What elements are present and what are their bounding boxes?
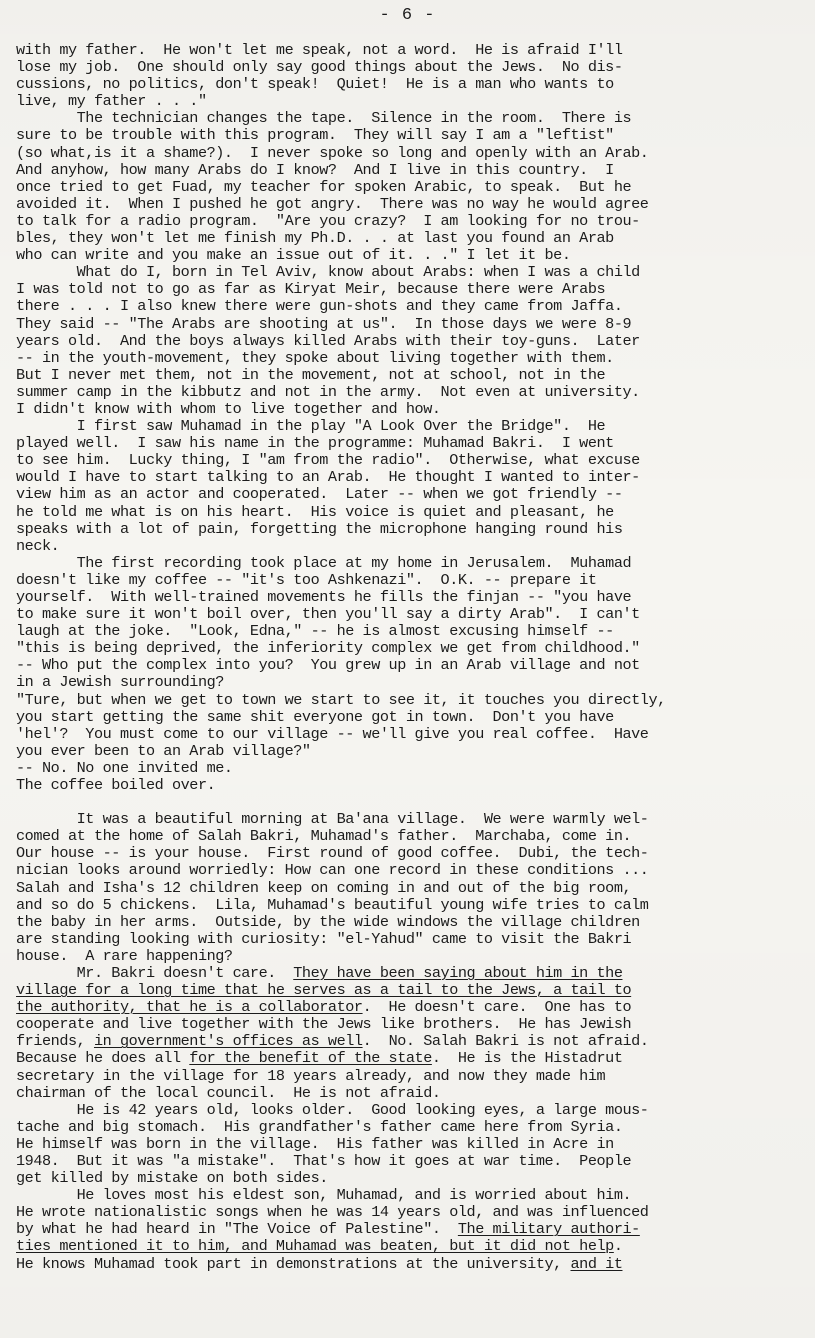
text-segment: to see him. Lucky thing, I "am from the … xyxy=(16,451,640,469)
text-segment: summer camp in the kibbutz and not in th… xyxy=(16,383,640,401)
text-segment: The coffee boiled over. xyxy=(16,776,215,794)
text-segment: avoided it. When I pushed he got angry. … xyxy=(16,195,648,213)
text-line: secretary in the village for 18 years al… xyxy=(16,1068,815,1085)
text-line: ties mentioned it to him, and Muhamad wa… xyxy=(16,1238,815,1255)
text-segment: to make sure it won't boil over, then yo… xyxy=(16,605,640,623)
text-segment: yourself. With well-trained movements he… xyxy=(16,588,631,606)
text-line: there . . . I also knew there were gun-s… xyxy=(16,298,815,315)
underlined-text: They have been saying about him in the xyxy=(293,964,622,982)
text-line: neck. xyxy=(16,538,815,555)
text-line: in a Jewish surrounding? xyxy=(16,674,815,691)
text-segment: get killed by mistake on both sides. xyxy=(16,1169,328,1187)
text-segment: comed at the home of Salah Bakri, Muhama… xyxy=(16,827,631,845)
text-line: nician looks around worriedly: How can o… xyxy=(16,862,815,879)
text-segment: nician looks around worriedly: How can o… xyxy=(16,861,648,879)
text-segment: He is 42 years old, looks older. Good lo… xyxy=(16,1101,648,1119)
body-text: with my father. He won't let me speak, n… xyxy=(16,42,815,1273)
text-line: I was told not to go as far as Kiryat Me… xyxy=(16,281,815,298)
text-line: cussions, no politics, don't speak! Quie… xyxy=(16,76,815,93)
text-line: laugh at the joke. "Look, Edna," -- he i… xyxy=(16,623,815,640)
text-segment: I didn't know with whom to live together… xyxy=(16,400,441,418)
text-segment: there . . . I also knew there were gun-s… xyxy=(16,297,622,315)
underlined-text: village for a long time that he serves a… xyxy=(16,981,631,999)
text-line: -- in the youth-movement, they spoke abo… xyxy=(16,350,815,367)
underlined-text: in government's offices as well xyxy=(94,1032,363,1050)
page-number: - 6 - xyxy=(0,6,815,25)
text-line: They said -- "The Arabs are shooting at … xyxy=(16,316,815,333)
text-line: 'hel'? You must come to our village -- w… xyxy=(16,726,815,743)
text-line: house. A rare happening? xyxy=(16,948,815,965)
text-line: yourself. With well-trained movements he… xyxy=(16,589,815,606)
text-segment: (so what,is it a shame?). I never spoke … xyxy=(16,144,648,162)
text-line: He is 42 years old, looks older. Good lo… xyxy=(16,1102,815,1119)
text-segment: The first recording took place at my hom… xyxy=(16,554,631,572)
text-segment: bles, they won't let me finish my Ph.D. … xyxy=(16,229,614,247)
text-segment: 'hel'? You must come to our village -- w… xyxy=(16,725,648,743)
text-segment: sure to be trouble with this program. Th… xyxy=(16,126,614,144)
text-segment: -- No. No one invited me. xyxy=(16,759,233,777)
text-line: friends, in government's offices as well… xyxy=(16,1033,815,1050)
text-line: with my father. He won't let me speak, n… xyxy=(16,42,815,59)
text-line: played well. I saw his name in the progr… xyxy=(16,435,815,452)
text-segment: secretary in the village for 18 years al… xyxy=(16,1067,605,1085)
typewritten-page: - 6 - with my father. He won't let me sp… xyxy=(0,0,815,1338)
text-segment: Because he does all xyxy=(16,1049,189,1067)
paragraph-gap xyxy=(16,794,815,811)
text-segment: He himself was born in the village. His … xyxy=(16,1135,614,1153)
text-segment: with my father. He won't let me speak, n… xyxy=(16,41,622,59)
text-segment: -- in the youth-movement, they spoke abo… xyxy=(16,349,614,367)
text-line: chairman of the local council. He is not… xyxy=(16,1085,815,1102)
text-segment: doesn't like my coffee -- "it's too Ashk… xyxy=(16,571,597,589)
text-line: bles, they won't let me finish my Ph.D. … xyxy=(16,230,815,247)
text-segment: view him as an actor and cooperated. Lat… xyxy=(16,485,622,503)
text-segment: and so do 5 chickens. Lila, Muhamad's be… xyxy=(16,896,648,914)
text-segment: cussions, no politics, don't speak! Quie… xyxy=(16,75,614,93)
text-line: The technician changes the tape. Silence… xyxy=(16,110,815,127)
text-line: Because he does all for the benefit of t… xyxy=(16,1050,815,1067)
text-segment: Salah and Isha's 12 children keep on com… xyxy=(16,879,631,897)
text-line: doesn't like my coffee -- "it's too Ashk… xyxy=(16,572,815,589)
text-line: summer camp in the kibbutz and not in th… xyxy=(16,384,815,401)
text-line: What do I, born in Tel Aviv, know about … xyxy=(16,264,815,281)
text-segment: speaks with a lot of pain, forgetting th… xyxy=(16,520,622,538)
text-segment: He loves most his eldest son, Muhamad, a… xyxy=(16,1186,631,1204)
text-segment: are standing looking with curiosity: "el… xyxy=(16,930,631,948)
text-line: "Ture, but when we get to town we start … xyxy=(16,692,815,709)
text-segment: played well. I saw his name in the progr… xyxy=(16,434,614,452)
text-segment: I was told not to go as far as Kiryat Me… xyxy=(16,280,605,298)
text-line: The coffee boiled over. xyxy=(16,777,815,794)
text-line: He loves most his eldest son, Muhamad, a… xyxy=(16,1187,815,1204)
text-segment: lose my job. One should only say good th… xyxy=(16,58,622,76)
text-segment: I first saw Muhamad in the play "A Look … xyxy=(16,417,605,435)
text-line: to see him. Lucky thing, I "am from the … xyxy=(16,452,815,469)
text-segment: But I never met them, not in the movemen… xyxy=(16,366,605,384)
text-line: village for a long time that he serves a… xyxy=(16,982,815,999)
text-line: -- Who put the complex into you? You gre… xyxy=(16,657,815,674)
text-line: and so do 5 chickens. Lila, Muhamad's be… xyxy=(16,897,815,914)
text-line: But I never met them, not in the movemen… xyxy=(16,367,815,384)
text-line: -- No. No one invited me. xyxy=(16,760,815,777)
text-line: he told me what is on his heart. His voi… xyxy=(16,504,815,521)
text-segment: . He doesn't care. One has to xyxy=(363,998,632,1016)
text-line: sure to be trouble with this program. Th… xyxy=(16,127,815,144)
text-line: It was a beautiful morning at Ba'ana vil… xyxy=(16,811,815,828)
text-segment: Mr. Bakri doesn't care. xyxy=(16,964,293,982)
text-segment: cooperate and live together with the Jew… xyxy=(16,1015,631,1033)
text-line: He himself was born in the village. His … xyxy=(16,1136,815,1153)
text-segment: tache and big stomach. His grandfather's… xyxy=(16,1118,622,1136)
text-line: I first saw Muhamad in the play "A Look … xyxy=(16,418,815,435)
text-segment: And anyhow, how many Arabs do I know? An… xyxy=(16,161,614,179)
text-segment: you start getting the same shit everyone… xyxy=(16,708,614,726)
text-line: tache and big stomach. His grandfather's… xyxy=(16,1119,815,1136)
text-line: by what he had heard in "The Voice of Pa… xyxy=(16,1221,815,1238)
text-segment: laugh at the joke. "Look, Edna," -- he i… xyxy=(16,622,614,640)
text-segment: . xyxy=(614,1237,623,1255)
underlined-text: ties mentioned it to him, and Muhamad wa… xyxy=(16,1237,614,1255)
text-line: And anyhow, how many Arabs do I know? An… xyxy=(16,162,815,179)
text-segment: would I have to start talking to an Arab… xyxy=(16,468,640,486)
text-line: to make sure it won't boil over, then yo… xyxy=(16,606,815,623)
text-segment: he told me what is on his heart. His voi… xyxy=(16,503,614,521)
text-line: comed at the home of Salah Bakri, Muhama… xyxy=(16,828,815,845)
text-segment: once tried to get Fuad, my teacher for s… xyxy=(16,178,631,196)
text-segment: who can write and you make an issue out … xyxy=(16,246,571,264)
text-line: "this is being deprived, the inferiority… xyxy=(16,640,815,657)
text-segment: They said -- "The Arabs are shooting at … xyxy=(16,315,631,333)
text-segment: by what he had heard in "The Voice of Pa… xyxy=(16,1220,458,1238)
text-segment: 1948. But it was "a mistake". That's how… xyxy=(16,1152,631,1170)
text-line: who can write and you make an issue out … xyxy=(16,247,815,264)
underlined-text: for the benefit of the state xyxy=(189,1049,432,1067)
text-line: would I have to start talking to an Arab… xyxy=(16,469,815,486)
text-line: live, my father . . ." xyxy=(16,93,815,110)
text-segment: What do I, born in Tel Aviv, know about … xyxy=(16,263,640,281)
text-segment: chairman of the local council. He is not… xyxy=(16,1084,441,1102)
text-line: lose my job. One should only say good th… xyxy=(16,59,815,76)
text-line: Mr. Bakri doesn't care. They have been s… xyxy=(16,965,815,982)
text-line: you ever been to an Arab village?" xyxy=(16,743,815,760)
text-segment: in a Jewish surrounding? xyxy=(16,673,224,691)
underlined-text: and it xyxy=(571,1255,623,1273)
text-line: once tried to get Fuad, my teacher for s… xyxy=(16,179,815,196)
text-segment: years old. And the boys always killed Ar… xyxy=(16,332,640,350)
text-line: 1948. But it was "a mistake". That's how… xyxy=(16,1153,815,1170)
text-line: years old. And the boys always killed Ar… xyxy=(16,333,815,350)
text-segment: neck. xyxy=(16,537,59,555)
text-line: avoided it. When I pushed he got angry. … xyxy=(16,196,815,213)
underlined-text: the authority, that he is a collaborator xyxy=(16,998,363,1016)
text-segment: to talk for a radio program. "Are you cr… xyxy=(16,212,640,230)
text-segment: -- Who put the complex into you? You gre… xyxy=(16,656,640,674)
underlined-text: The military authori- xyxy=(458,1220,640,1238)
text-segment: He wrote nationalistic songs when he was… xyxy=(16,1203,648,1221)
text-line: are standing looking with curiosity: "el… xyxy=(16,931,815,948)
text-segment: live, my father . . ." xyxy=(16,92,207,110)
text-line: get killed by mistake on both sides. xyxy=(16,1170,815,1187)
text-segment: you ever been to an Arab village?" xyxy=(16,742,311,760)
text-line: view him as an actor and cooperated. Lat… xyxy=(16,486,815,503)
text-line: I didn't know with whom to live together… xyxy=(16,401,815,418)
text-segment: The technician changes the tape. Silence… xyxy=(16,109,631,127)
text-segment: "Ture, but when we get to town we start … xyxy=(16,691,666,709)
text-line: to talk for a radio program. "Are you cr… xyxy=(16,213,815,230)
text-line: cooperate and live together with the Jew… xyxy=(16,1016,815,1033)
text-line: speaks with a lot of pain, forgetting th… xyxy=(16,521,815,538)
text-segment: It was a beautiful morning at Ba'ana vil… xyxy=(16,810,648,828)
text-segment: house. A rare happening? xyxy=(16,947,233,965)
text-line: the authority, that he is a collaborator… xyxy=(16,999,815,1016)
text-segment: friends, xyxy=(16,1032,94,1050)
text-line: Salah and Isha's 12 children keep on com… xyxy=(16,880,815,897)
text-line: He wrote nationalistic songs when he was… xyxy=(16,1204,815,1221)
text-segment: "this is being deprived, the inferiority… xyxy=(16,639,640,657)
text-line: (so what,is it a shame?). I never spoke … xyxy=(16,145,815,162)
text-segment: the baby in her arms. Outside, by the wi… xyxy=(16,913,640,931)
text-line: the baby in her arms. Outside, by the wi… xyxy=(16,914,815,931)
text-line: Our house -- is your house. First round … xyxy=(16,845,815,862)
text-segment: . No. Salah Bakri is not afraid. xyxy=(363,1032,649,1050)
text-line: you start getting the same shit everyone… xyxy=(16,709,815,726)
text-line: The first recording took place at my hom… xyxy=(16,555,815,572)
text-segment: He knows Muhamad took part in demonstrat… xyxy=(16,1255,571,1273)
text-segment: . He is the Histadrut xyxy=(432,1049,623,1067)
text-segment: Our house -- is your house. First round … xyxy=(16,844,648,862)
text-line: He knows Muhamad took part in demonstrat… xyxy=(16,1256,815,1273)
